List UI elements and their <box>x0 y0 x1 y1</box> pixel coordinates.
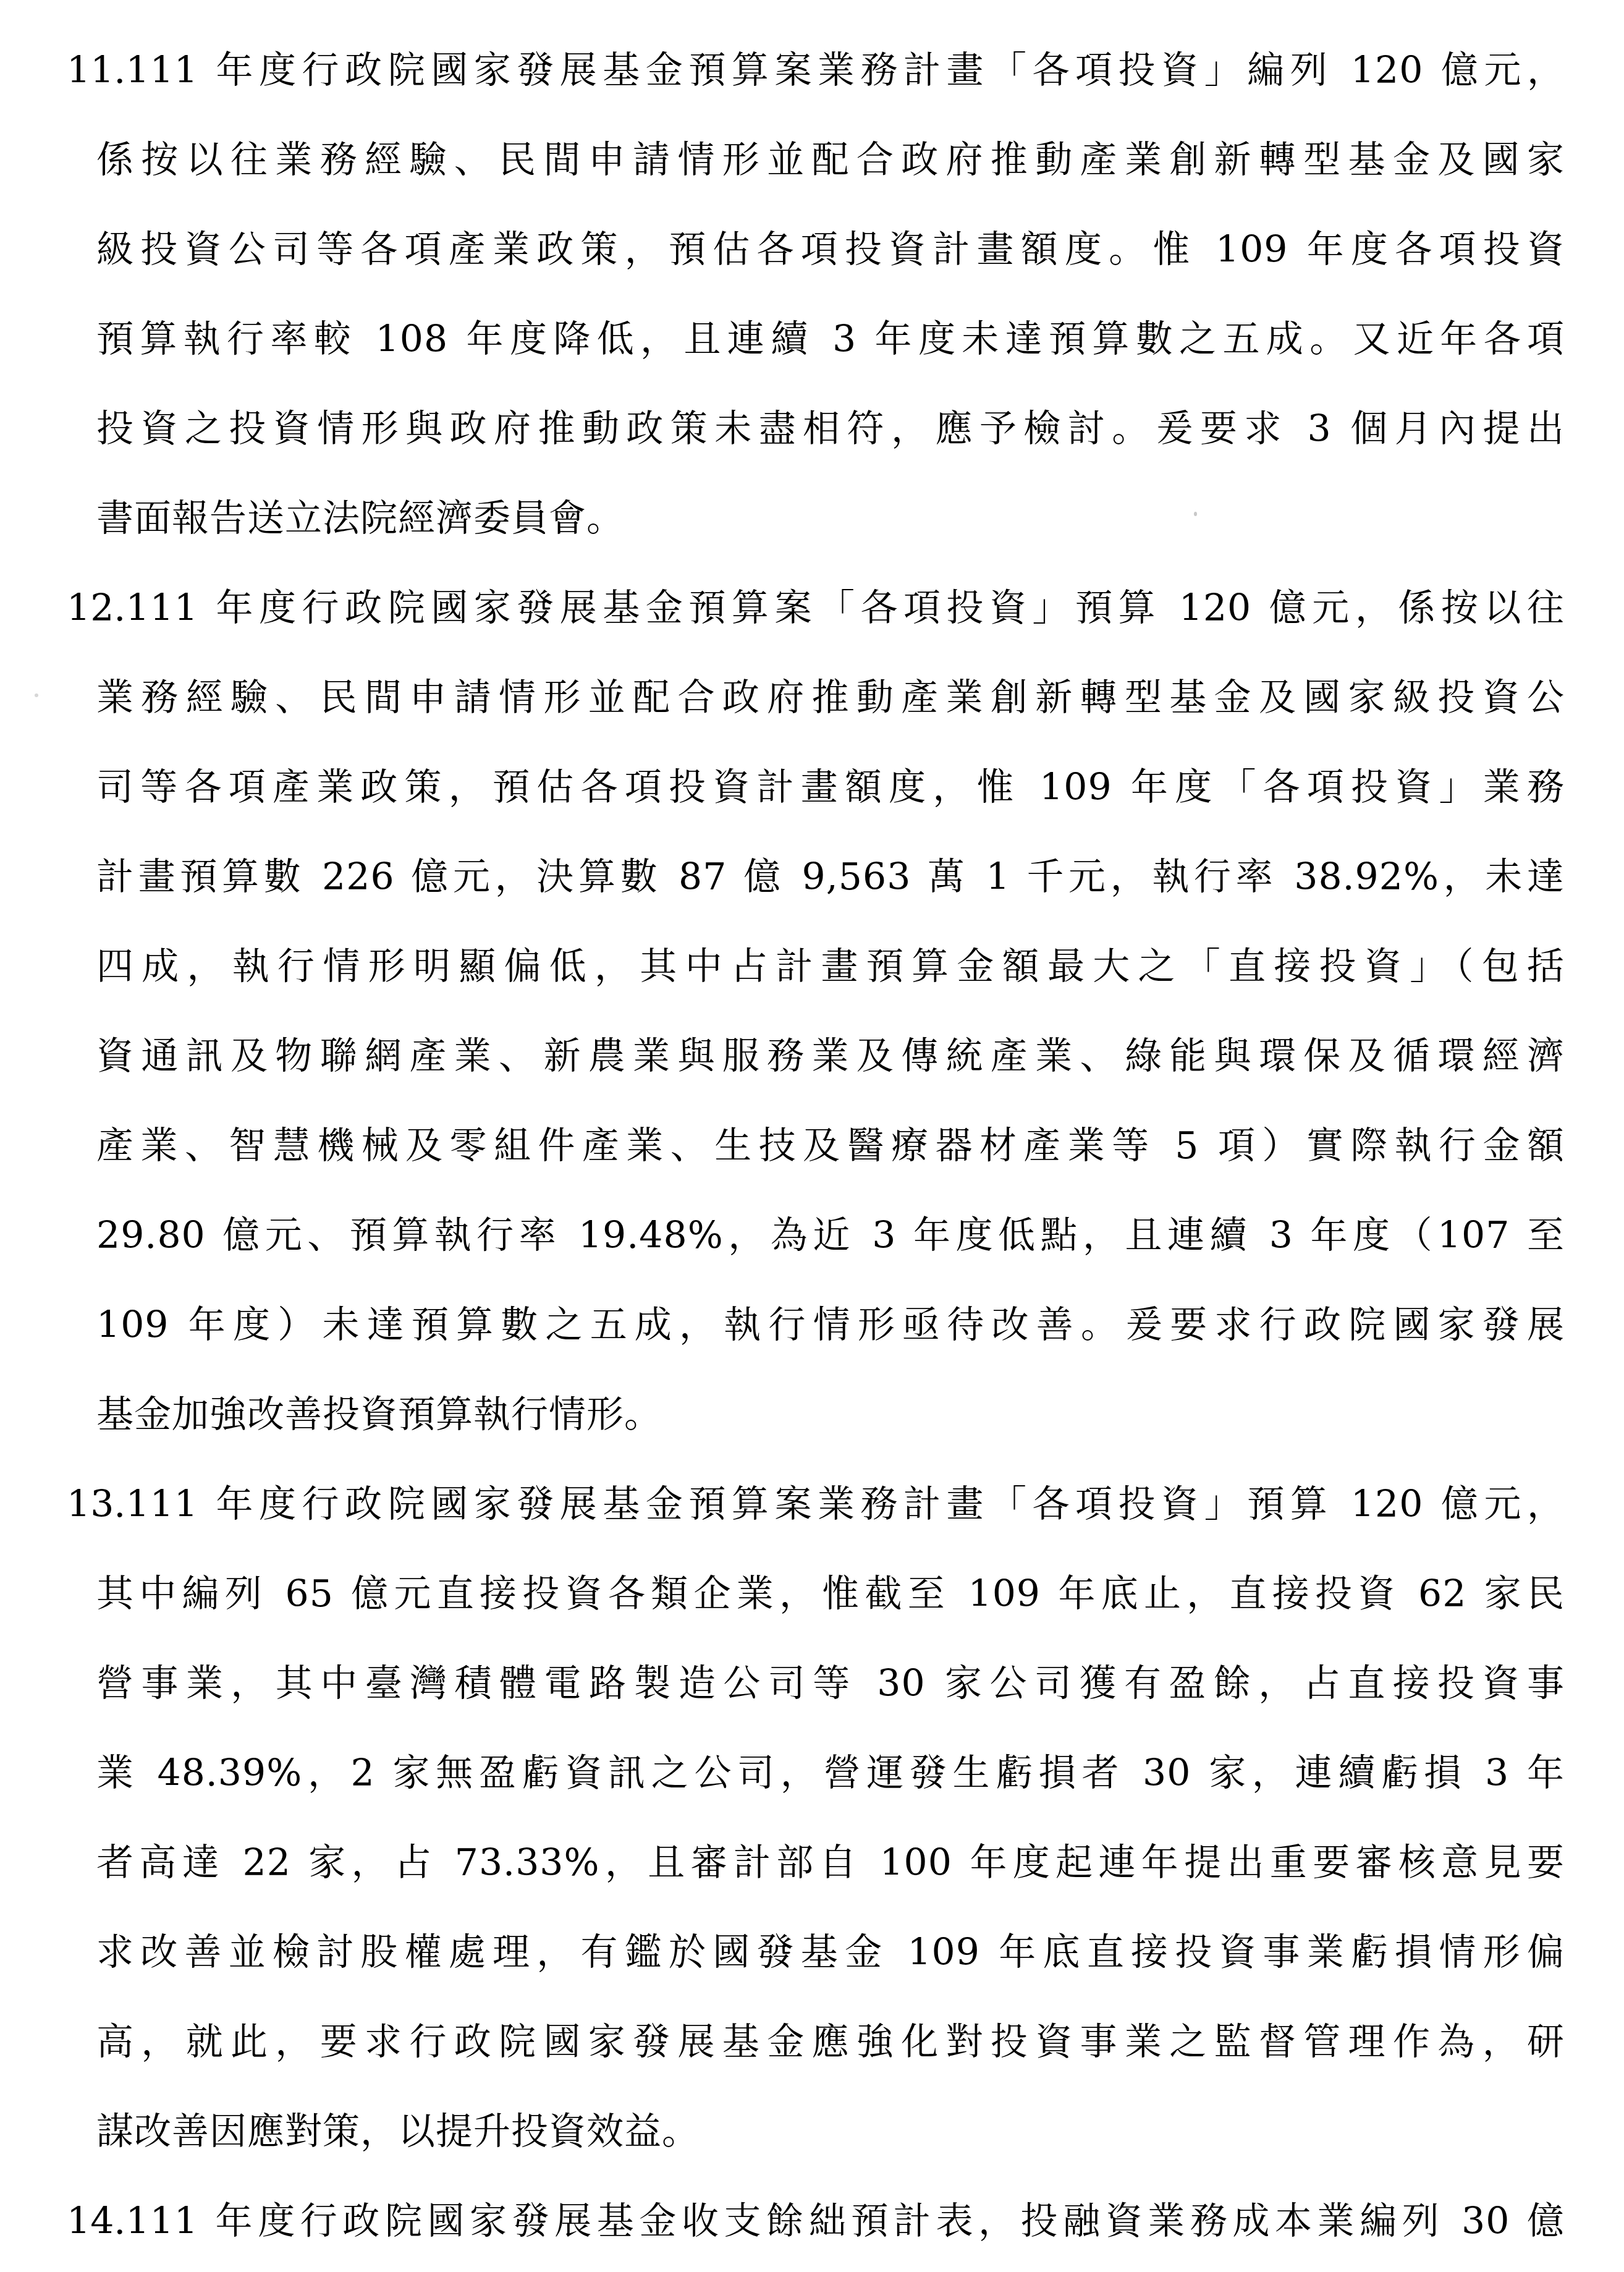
line-text: 111 年度行政院國家發展基金預算案「各項投資」預算 120 億元，係按以往 <box>125 587 1565 630</box>
line-text: 111 年度行政院國家發展基金預算案業務計畫「各項投資」預算 120 億元， <box>125 1483 1565 1526</box>
text-line: 四成，執行情形明顯偏低，其中占計畫預算金額最大之「直接投資」（包括 <box>96 922 1565 1012</box>
text-line: 營事業，其中臺灣積體電路製造公司等 30 家公司獲有盈餘，占直接投資事 <box>96 1639 1565 1729</box>
text-line: 預算執行率較 108 年度降低，且連續 3 年度未達預算數之五成。又近年各項 <box>96 295 1565 384</box>
item-number: 13. <box>67 1483 125 1526</box>
text-line: 29.80 億元、預算執行率 19.48%，為近 3 年度低點，且連續 3 年度… <box>96 1191 1565 1281</box>
text-line: 司等各項產業政策，預估各項投資計畫額度，惟 109 年度「各項投資」業務 <box>96 743 1565 833</box>
text-line: 產業、智慧機械及零組件產業、生技及醫療器材產業等 5 項）實際執行金額 <box>96 1101 1565 1191</box>
text-line: 資通訊及物聯網產業、新農業與服務業及傳統產業、綠能與環保及循環經濟 <box>96 1012 1565 1101</box>
list-item-11: 11.111 年度行政院國家發展基金預算案業務計畫「各項投資」編列 120 億元… <box>0 26 1565 564</box>
text-line: 其中編列 65 億元直接投資各類企業，惟截至 109 年底止，直接投資 62 家… <box>96 1549 1565 1639</box>
text-line: 11.111 年度行政院國家發展基金預算案業務計畫「各項投資」編列 120 億元… <box>67 26 1565 116</box>
scan-artifact-dot <box>35 693 38 697</box>
text-line: 基金加強改善投資預算執行情形。 <box>96 1370 1565 1460</box>
text-line: 13.111 年度行政院國家發展基金預算案業務計畫「各項投資」預算 120 億元… <box>67 1460 1565 1549</box>
text-line: 級投資公司等各項產業政策，預估各項投資計畫額度。惟 109 年度各項投資 <box>96 205 1565 295</box>
text-line: 高，就此，要求行政院國家發展基金應強化對投資事業之監督管理作為，研 <box>96 1998 1565 2087</box>
list-item-13: 13.111 年度行政院國家發展基金預算案業務計畫「各項投資」預算 120 億元… <box>0 1460 1565 2177</box>
text-line: 係按以往業務經驗、民間申請情形並配合政府推動產業創新轉型基金及國家 <box>96 116 1565 205</box>
text-line: 求改善並檢討股權處理，有鑑於國發基金 109 年底直接投資事業虧損情形偏 <box>96 1908 1565 1998</box>
text-line: 計畫預算數 226 億元，決算數 87 億 9,563 萬 1 千元，執行率 3… <box>96 833 1565 922</box>
text-line: 業務經驗、民間申請情形並配合政府推動產業創新轉型基金及國家級投資公 <box>96 653 1565 743</box>
item-number: 14. <box>67 2200 125 2243</box>
text-line: 者高達 22 家，占 73.33%，且審計部自 100 年度起連年提出重要審核意… <box>96 1818 1565 1908</box>
line-text: 111 年度行政院國家發展基金收支餘絀預計表，投融資業務成本業編列 30 億 <box>125 2200 1565 2243</box>
document-page: 11.111 年度行政院國家發展基金預算案業務計畫「各項投資」編列 120 億元… <box>0 0 1624 2272</box>
item-number: 12. <box>67 587 125 630</box>
text-line: 業 48.39%，2 家無盈虧資訊之公司，營運發生虧損者 30 家，連續虧損 3… <box>96 1729 1565 1818</box>
scan-artifact-dot <box>1194 512 1197 516</box>
list-item-12: 12.111 年度行政院國家發展基金預算案「各項投資」預算 120 億元，係按以… <box>0 564 1565 1460</box>
text-line: 109 年度）未達預算數之五成，執行情形亟待改善。爰要求行政院國家發展 <box>96 1281 1565 1370</box>
text-line: 投資之投資情形與政府推動政策未盡相符，應予檢討。爰要求 3 個月內提出 <box>96 384 1565 474</box>
text-line: 14.111 年度行政院國家發展基金收支餘絀預計表，投融資業務成本業編列 30 … <box>67 2177 1565 2266</box>
text-line: 謀改善因應對策，以提升投資效益。 <box>96 2087 1565 2177</box>
line-text: 111 年度行政院國家發展基金預算案業務計畫「各項投資」編列 120 億元， <box>125 49 1565 92</box>
text-line: 12.111 年度行政院國家發展基金預算案「各項投資」預算 120 億元，係按以… <box>67 564 1565 653</box>
item-number: 11. <box>67 49 125 92</box>
list-item-14: 14.111 年度行政院國家發展基金收支餘絀預計表，投融資業務成本業編列 30 … <box>0 2177 1565 2266</box>
text-line: 書面報告送立法院經濟委員會。 <box>96 474 1565 564</box>
